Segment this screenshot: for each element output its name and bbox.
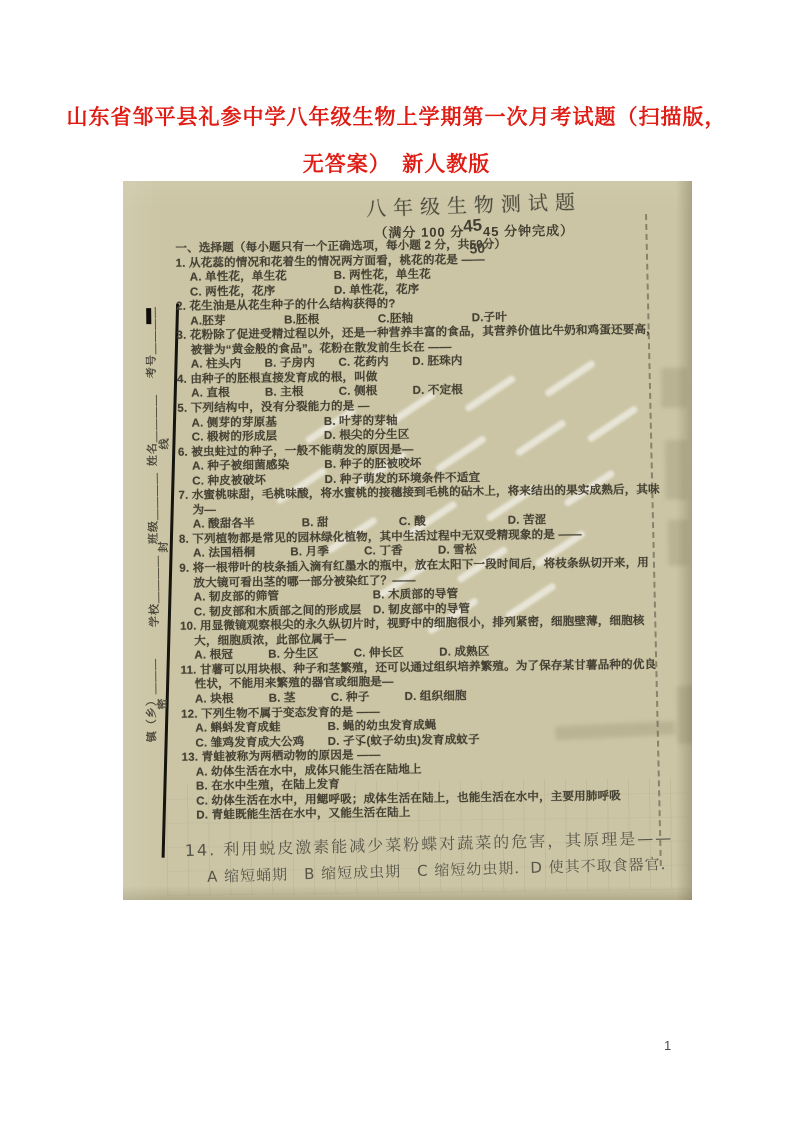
- document-title: 山东省邹平县礼参中学八年级生物上学期第一次月考试题（扫描版， 无答案） 新人教版: [0, 94, 793, 188]
- document-title-line1: 山东省邹平县礼参中学八年级生物上学期第一次月考试题（扫描版，: [0, 94, 793, 141]
- scanned-exam-page: 八年级生物测试题 （满分 100 分 45 分钟完成） 45 50 考号＿＿＿＿…: [123, 181, 692, 900]
- bleed-through-smudge: [677, 685, 692, 743]
- exam-body: 一、选择题（每小题只有一个正确选项，每小题 2 分，共50分）1. 从花蕊的情况…: [165, 236, 673, 888]
- bleed-through-smudge: [665, 440, 688, 500]
- scan-content: 八年级生物测试题 （满分 100 分 45 分钟完成） 45 50 考号＿＿＿＿…: [123, 181, 692, 900]
- handwritten-duration-overwrite: 45: [462, 215, 482, 236]
- page-number: 1: [664, 1038, 671, 1053]
- seal-character: 密: [154, 694, 170, 714]
- bleed-through-smudge: [668, 520, 689, 566]
- bleed-through-smudge: [661, 368, 687, 408]
